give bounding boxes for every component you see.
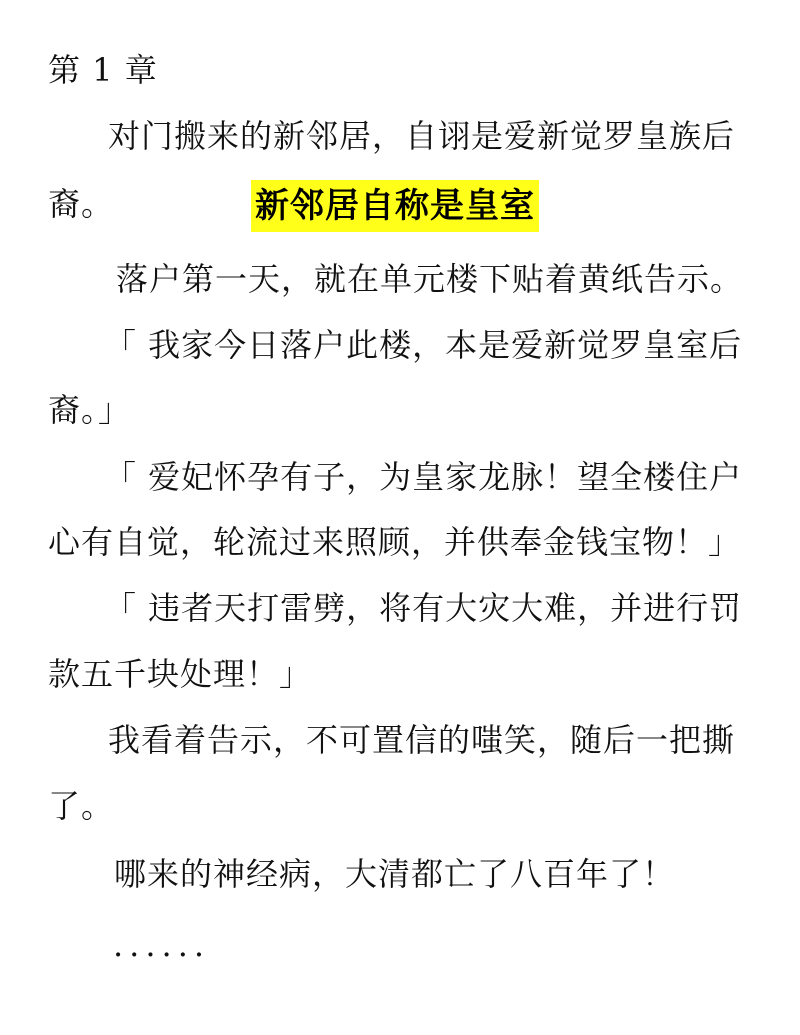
paragraph-line: 我看着告示，不可置信的嗤笑，随后一把撕 bbox=[108, 720, 735, 760]
paragraph-line: 裔。 bbox=[48, 184, 114, 224]
chapter-title: 第 1 章 bbox=[48, 50, 158, 90]
paragraph-line: 哪来的神经病，大清都亡了八百年了！ bbox=[114, 854, 675, 894]
paragraph-line: 了。 bbox=[48, 786, 114, 826]
paragraph-line: 落户第一天，就在单元楼下贴着黄纸告示。 bbox=[116, 259, 743, 299]
paragraph-line: 心有自觉，轮流过来照顾，并供奉金钱宝物！」 bbox=[48, 522, 741, 562]
ellipsis: ...... bbox=[113, 925, 210, 965]
paragraph-line: 款五千块处理！」 bbox=[48, 654, 312, 694]
paragraph-line: 对门搬来的新邻居，自诩是爱新觉罗皇族后 bbox=[108, 116, 735, 156]
headline-highlight: 新邻居自称是皇室 bbox=[251, 180, 539, 232]
paragraph-line: 裔。」 bbox=[48, 390, 131, 430]
paragraph-line: 「 我家今日落户此楼，本是爱新觉罗皇室后 bbox=[104, 325, 742, 365]
paragraph-line: 「 爱妃怀孕有子，为皇家龙脉！望全楼住户 bbox=[104, 457, 742, 497]
paragraph-line: 「 违者天打雷劈，将有大灾大难，并进行罚 bbox=[104, 588, 742, 628]
